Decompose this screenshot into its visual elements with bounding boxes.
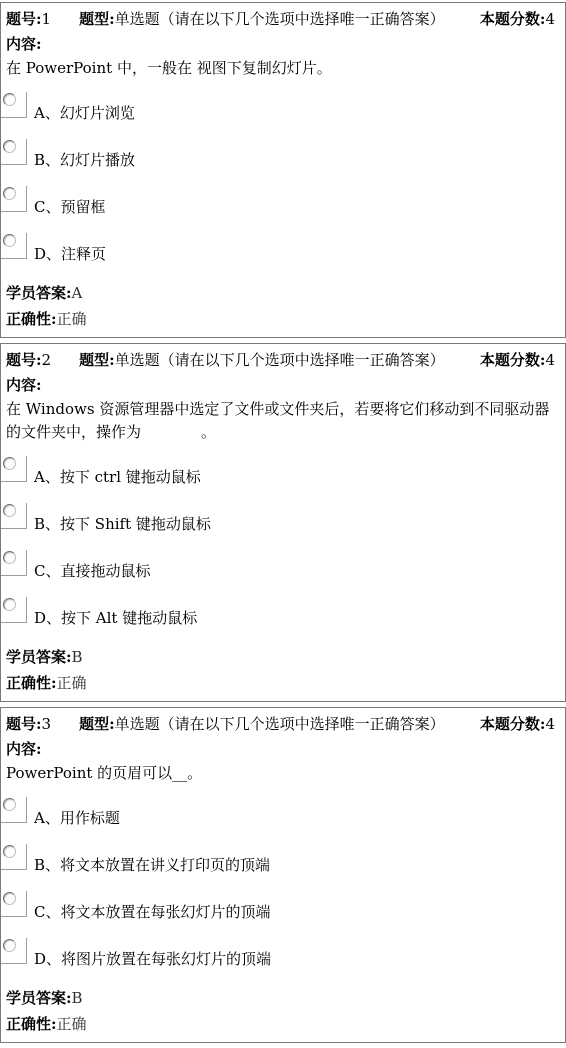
student-answer-row: 学员答案:A [1, 280, 565, 306]
question-score-value: 4 [545, 10, 555, 28]
answers-section: 学员答案:B 正确性:正确 [1, 644, 565, 696]
correctness-row: 正确性:正确 [1, 670, 565, 696]
option-row-c: C、预留框 [1, 186, 565, 212]
radio-cell [1, 797, 27, 823]
correctness-label: 正确性: [6, 674, 57, 692]
content-label: 内容: [1, 31, 565, 57]
option-row-a: A、幻灯片浏览 [1, 92, 565, 118]
question-score-value: 4 [545, 351, 555, 369]
option-label: A、按下 ctrl 键拖动鼠标 [34, 468, 201, 487]
option-label: D、将图片放置在每张幻灯片的顶端 [34, 950, 271, 969]
student-answer-value: B [72, 989, 83, 1007]
question-number-value: 2 [42, 351, 52, 369]
option-row-a: A、按下 ctrl 键拖动鼠标 [1, 456, 565, 482]
question-number-value: 3 [42, 715, 52, 733]
question-number-label: 题号: [6, 715, 42, 733]
radio-cell [1, 891, 27, 917]
radio-cell [1, 139, 27, 165]
radio-button[interactable] [3, 504, 16, 517]
student-answer-row: 学员答案:B [1, 985, 565, 1011]
radio-button[interactable] [3, 939, 16, 952]
correctness-value: 正确 [57, 674, 87, 692]
question-block-2: 题号:2 题型:单选题（请在以下几个选项中选择唯一正确答案） 本题分数:4 内容… [0, 343, 566, 702]
answers-section: 学员答案:B 正确性:正确 [1, 985, 565, 1037]
content-label: 内容: [1, 736, 565, 762]
question-number: 题号:3 [6, 712, 51, 736]
question-text: PowerPoint 的页眉可以__。 [1, 762, 565, 785]
option-row-b: B、将文本放置在讲义打印页的顶端 [1, 844, 565, 870]
student-answer-label: 学员答案: [6, 284, 72, 302]
radio-cell [1, 186, 27, 212]
question-type-value: 单选题（请在以下几个选项中选择唯一正确答案） [115, 351, 445, 369]
radio-cell [1, 233, 27, 259]
student-answer-value: B [72, 648, 83, 666]
question-text: 在 PowerPoint 中，一般在 视图下复制幻灯片。 [1, 57, 565, 80]
question-type: 题型:单选题（请在以下几个选项中选择唯一正确答案） [79, 7, 445, 31]
question-number: 题号:2 [6, 348, 51, 372]
option-label: D、注释页 [34, 245, 106, 264]
question-type-value: 单选题（请在以下几个选项中选择唯一正确答案） [115, 10, 445, 28]
question-type-label: 题型: [79, 10, 115, 28]
question-score: 本题分数:4 [480, 712, 555, 736]
question-text: 在 Windows 资源管理器中选定了文件或文件夹后，若要将它们移动到不同驱动器… [1, 398, 565, 444]
option-label: C、将文本放置在每张幻灯片的顶端 [34, 903, 270, 922]
correctness-value: 正确 [57, 310, 87, 328]
radio-button[interactable] [3, 140, 16, 153]
question-block-3: 题号:3 题型:单选题（请在以下几个选项中选择唯一正确答案） 本题分数:4 内容… [0, 707, 566, 1043]
option-label: C、直接拖动鼠标 [34, 562, 150, 581]
radio-cell [1, 844, 27, 870]
question-score-label: 本题分数: [480, 351, 546, 369]
radio-button[interactable] [3, 93, 16, 106]
question-type: 题型:单选题（请在以下几个选项中选择唯一正确答案） [79, 712, 445, 736]
radio-button[interactable] [3, 598, 16, 611]
radio-button[interactable] [3, 551, 16, 564]
question-type-value: 单选题（请在以下几个选项中选择唯一正确答案） [115, 715, 445, 733]
option-row-b: B、幻灯片播放 [1, 139, 565, 165]
question-score-label: 本题分数: [480, 10, 546, 28]
option-label: B、幻灯片播放 [34, 151, 135, 170]
content-label: 内容: [1, 372, 565, 398]
option-label: A、用作标题 [34, 809, 120, 828]
question-score: 本题分数:4 [480, 7, 555, 31]
correctness-row: 正确性:正确 [1, 1011, 565, 1037]
radio-button[interactable] [3, 234, 16, 247]
radio-cell [1, 503, 27, 529]
radio-button[interactable] [3, 187, 16, 200]
option-row-d: D、将图片放置在每张幻灯片的顶端 [1, 938, 565, 964]
question-header: 题号:2 题型:单选题（请在以下几个选项中选择唯一正确答案） 本题分数:4 [1, 344, 565, 372]
option-label: C、预留框 [34, 198, 105, 217]
question-number-label: 题号: [6, 351, 42, 369]
radio-cell [1, 92, 27, 118]
question-score-value: 4 [545, 715, 555, 733]
question-type-label: 题型: [79, 351, 115, 369]
radio-cell [1, 456, 27, 482]
question-number-label: 题号: [6, 10, 42, 28]
student-answer-label: 学员答案: [6, 648, 72, 666]
option-row-d: D、按下 Alt 键拖动鼠标 [1, 597, 565, 623]
radio-button[interactable] [3, 457, 16, 470]
options-list: A、用作标题 B、将文本放置在讲义打印页的顶端 C、将文本放置在每张幻灯片的顶端… [1, 797, 565, 964]
option-row-d: D、注释页 [1, 233, 565, 259]
radio-cell [1, 550, 27, 576]
correctness-value: 正确 [57, 1015, 87, 1033]
option-row-c: C、将文本放置在每张幻灯片的顶端 [1, 891, 565, 917]
question-score-label: 本题分数: [480, 715, 546, 733]
question-type: 题型:单选题（请在以下几个选项中选择唯一正确答案） [79, 348, 445, 372]
option-label: B、将文本放置在讲义打印页的顶端 [34, 856, 270, 875]
option-row-a: A、用作标题 [1, 797, 565, 823]
option-row-c: C、直接拖动鼠标 [1, 550, 565, 576]
option-label: B、按下 Shift 键拖动鼠标 [34, 515, 211, 534]
question-number: 题号:1 [6, 7, 51, 31]
correctness-row: 正确性:正确 [1, 306, 565, 332]
student-answer-label: 学员答案: [6, 989, 72, 1007]
option-row-b: B、按下 Shift 键拖动鼠标 [1, 503, 565, 529]
question-score: 本题分数:4 [480, 348, 555, 372]
radio-button[interactable] [3, 892, 16, 905]
options-list: A、幻灯片浏览 B、幻灯片播放 C、预留框 D、注释页 [1, 92, 565, 259]
question-header: 题号:3 题型:单选题（请在以下几个选项中选择唯一正确答案） 本题分数:4 [1, 708, 565, 736]
radio-cell [1, 938, 27, 964]
student-answer-row: 学员答案:B [1, 644, 565, 670]
question-block-1: 题号:1 题型:单选题（请在以下几个选项中选择唯一正确答案） 本题分数:4 内容… [0, 2, 566, 338]
correctness-label: 正确性: [6, 1015, 57, 1033]
question-number-value: 1 [42, 10, 52, 28]
question-type-label: 题型: [79, 715, 115, 733]
options-list: A、按下 ctrl 键拖动鼠标 B、按下 Shift 键拖动鼠标 C、直接拖动鼠… [1, 456, 565, 623]
student-answer-value: A [72, 284, 83, 302]
radio-button[interactable] [3, 798, 16, 811]
option-label: D、按下 Alt 键拖动鼠标 [34, 609, 197, 628]
radio-cell [1, 597, 27, 623]
answers-section: 学员答案:A 正确性:正确 [1, 280, 565, 332]
correctness-label: 正确性: [6, 310, 57, 328]
radio-button[interactable] [3, 845, 16, 858]
question-header: 题号:1 题型:单选题（请在以下几个选项中选择唯一正确答案） 本题分数:4 [1, 3, 565, 31]
option-label: A、幻灯片浏览 [34, 104, 135, 123]
